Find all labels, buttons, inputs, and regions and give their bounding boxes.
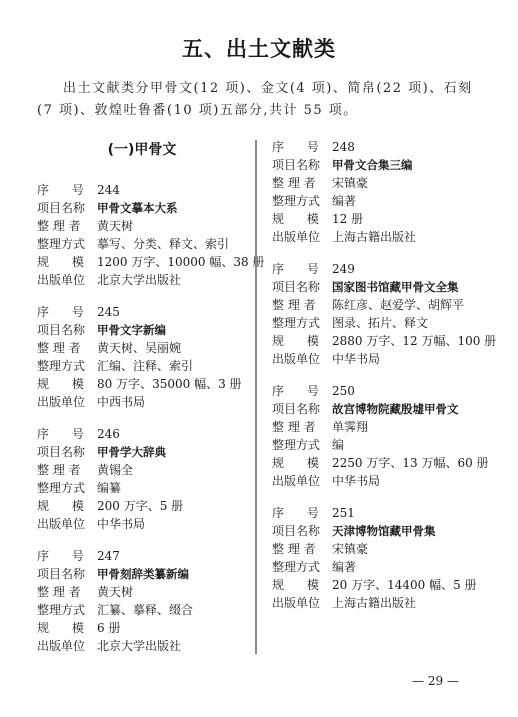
entry-246: 序 号246 项目名称甲骨学大辞典 整 理 者黄锡全 整理方式编纂 规 模200… [37,425,262,533]
entry-publisher: 上海古籍出版社 [332,594,416,612]
label-scale: 规 模 [37,497,97,515]
entry-250: 序 号250 项目名称故宫博物院藏殷墟甲骨文 整 理 者单霁翔 整理方式编 规 … [272,382,497,490]
label-editor: 整 理 者 [272,418,332,436]
entry-247: 序 号247 项目名称甲骨刻辞类纂新编 整 理 者黄天树 整理方式汇纂、摹释、缀… [37,547,262,655]
entry-seq: 245 [97,303,120,321]
label-name: 项目名称 [37,199,97,217]
entry-seq: 244 [97,181,120,199]
entry-method: 摹写、分类、释文、索引 [97,235,229,253]
entry-name: 甲骨文摹本大系 [97,199,178,217]
label-method: 整理方式 [272,558,332,576]
entry-scale: 80 万字、35000 幅、3 册 [97,375,242,393]
label-seq: 序 号 [37,425,97,443]
entry-publisher: 北京大学出版社 [97,271,181,289]
section-heading: (一)甲骨文 [37,140,247,160]
label-editor: 整 理 者 [37,217,97,235]
label-method: 整理方式 [37,357,97,375]
label-scale: 规 模 [272,332,332,350]
label-scale: 规 模 [37,619,97,637]
label-scale: 规 模 [272,454,332,472]
entry-method: 编著 [332,192,356,210]
intro-paragraph: 出土文献类分甲骨文(12 项)、金文(4 项)、简帛(22 项)、石刻(7 项)… [37,78,487,122]
entry-editor: 宋镇豪 [332,174,368,192]
entry-seq: 249 [332,260,355,278]
entry-seq: 246 [97,425,120,443]
label-seq: 序 号 [272,504,332,522]
entry-245: 序 号245 项目名称甲骨文字新编 整 理 者黄天树、吴丽婉 整理方式汇编、注释… [37,303,262,411]
entry-editor: 黄天树 [97,217,133,235]
entry-scale: 1200 万字、10000 幅、38 册 [97,253,264,271]
entry-publisher: 中华书局 [97,515,145,533]
entry-name: 国家图书馆藏甲骨文全集 [332,278,459,296]
label-publisher: 出版单位 [37,637,97,655]
label-editor: 整 理 者 [272,296,332,314]
label-name: 项目名称 [272,278,332,296]
entry-editor: 黄天树、吴丽婉 [97,339,181,357]
right-column: 序 号248 项目名称甲骨文合集三编 整 理 者宋镇豪 整理方式编著 规 模12… [272,138,497,626]
label-seq: 序 号 [272,138,332,156]
entry-method: 编著 [332,558,356,576]
entry-name: 甲骨文合集三编 [332,156,413,174]
label-name: 项目名称 [37,321,97,339]
label-seq: 序 号 [37,303,97,321]
entry-name: 天津博物馆藏甲骨集 [332,522,436,540]
entry-name: 甲骨刻辞类纂新编 [97,565,189,583]
label-method: 整理方式 [37,479,97,497]
label-editor: 整 理 者 [272,540,332,558]
label-editor: 整 理 者 [37,583,97,601]
entry-method: 图录、拓片、释文 [332,314,428,332]
label-seq: 序 号 [37,181,97,199]
label-method: 整理方式 [37,601,97,619]
entry-method: 编 [332,436,344,454]
label-publisher: 出版单位 [37,515,97,533]
entry-name: 甲骨学大辞典 [97,443,166,461]
label-publisher: 出版单位 [37,271,97,289]
label-publisher: 出版单位 [272,350,332,368]
label-editor: 整 理 者 [37,461,97,479]
entry-scale: 20 万字、14400 幅、5 册 [332,576,477,594]
left-column: (一)甲骨文 序 号244 项目名称甲骨文摹本大系 整 理 者黄天树 整理方式摹… [37,140,262,669]
entry-editor: 宋镇豪 [332,540,368,558]
label-name: 项目名称 [37,443,97,461]
entry-name: 故宫博物院藏殷墟甲骨文 [332,400,459,418]
entry-scale: 2250 万字、13 万幅、60 册 [332,454,489,472]
entry-editor: 黄天树 [97,583,133,601]
label-publisher: 出版单位 [272,472,332,490]
column-divider [255,140,257,654]
label-method: 整理方式 [37,235,97,253]
label-publisher: 出版单位 [272,594,332,612]
page-title: 五、出土文献类 [0,33,518,63]
label-method: 整理方式 [272,314,332,332]
entry-publisher: 中西书局 [97,393,145,411]
page-number: — 29 — [412,674,459,688]
label-name: 项目名称 [37,565,97,583]
entry-248: 序 号248 项目名称甲骨文合集三编 整 理 者宋镇豪 整理方式编著 规 模12… [272,138,497,246]
entry-method: 编纂 [97,479,121,497]
entry-scale: 6 册 [97,619,120,637]
label-scale: 规 模 [272,210,332,228]
entry-method: 汇纂、摹释、缀合 [97,601,193,619]
label-publisher: 出版单位 [37,393,97,411]
entry-editor: 单霁翔 [332,418,368,436]
entry-editor: 陈红彦、赵爱学、胡辉平 [332,296,464,314]
entry-name: 甲骨文字新编 [97,321,166,339]
entry-seq: 248 [332,138,355,156]
label-scale: 规 模 [37,253,97,271]
entry-editor: 黄锡全 [97,461,133,479]
entry-251: 序 号251 项目名称天津博物馆藏甲骨集 整 理 者宋镇豪 整理方式编著 规 模… [272,504,497,612]
label-scale: 规 模 [37,375,97,393]
label-editor: 整 理 者 [272,174,332,192]
entry-publisher: 北京大学出版社 [97,637,181,655]
label-name: 项目名称 [272,400,332,418]
entry-249: 序 号249 项目名称国家图书馆藏甲骨文全集 整 理 者陈红彦、赵爱学、胡辉平 … [272,260,497,368]
entry-244: 序 号244 项目名称甲骨文摹本大系 整 理 者黄天树 整理方式摹写、分类、释文… [37,181,262,289]
entry-publisher: 上海古籍出版社 [332,228,416,246]
label-publisher: 出版单位 [272,228,332,246]
label-name: 项目名称 [272,522,332,540]
label-seq: 序 号 [37,547,97,565]
entry-publisher: 中华书局 [332,350,380,368]
entry-seq: 251 [332,504,355,522]
label-seq: 序 号 [272,382,332,400]
entry-method: 汇编、注释、索引 [97,357,193,375]
label-method: 整理方式 [272,436,332,454]
label-method: 整理方式 [272,192,332,210]
entry-seq: 247 [97,547,120,565]
entry-scale: 2880 万字、12 万幅、100 册 [332,332,496,350]
label-scale: 规 模 [272,576,332,594]
label-editor: 整 理 者 [37,339,97,357]
entry-seq: 250 [332,382,355,400]
label-seq: 序 号 [272,260,332,278]
entry-publisher: 中华书局 [332,472,380,490]
entry-scale: 12 册 [332,210,363,228]
label-name: 项目名称 [272,156,332,174]
entry-scale: 200 万字、5 册 [97,497,183,515]
